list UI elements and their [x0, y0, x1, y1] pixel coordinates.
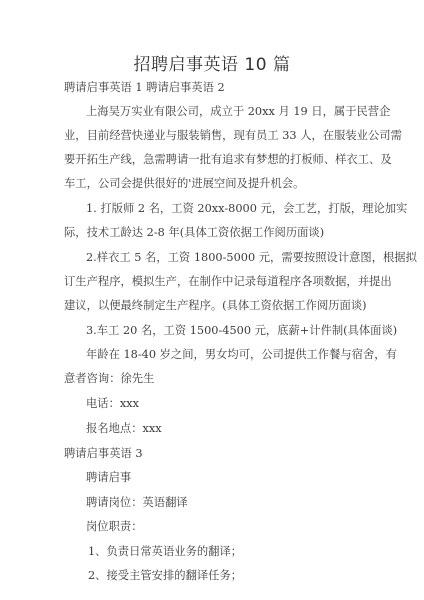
page-title: 招聘启事英语 10 篇	[0, 50, 424, 75]
section-3-subtitle: 聘请启事	[86, 471, 360, 485]
job-item-1-line: 1. 打版师 2 名，工资 20xx-8000 元，会工艺，打版，理论加实	[86, 202, 360, 216]
duty-item: 2、接受主管安排的翻译任务；	[88, 569, 384, 583]
job-item-2-line: 订生产程序，模拟生产，在制作中记录每道程序各项数据，并提出	[64, 275, 360, 289]
location-line: 报名地点：xxx	[86, 422, 360, 436]
intro-paragraph-line: 车工，公司会提供很好的'进展空间及提升机会。	[64, 177, 360, 191]
intro-paragraph-line: 上海吴万实业有限公司，成立于 20xx 月 19 日，属于民营企	[86, 105, 360, 119]
job-item-2-line: 2.样衣工 5 名，工资 1800-5000 元，需要按照设计意图，根据拟	[86, 251, 360, 265]
job-item-1-line: 际，技术工龄达 2-8 年(具体工资依据工作阅历面谈)	[64, 226, 360, 240]
requirements-line: 意者咨询：徐先生	[64, 372, 360, 386]
intro-paragraph-line: 业，目前经营快递业与服装销售，现有员工 33 人，在服装业公司需	[64, 129, 360, 143]
toc-line: 聘请启事英语 1 聘请启事英语 2	[64, 81, 360, 95]
duty-item: 1、负责日常英语业务的翻译；	[88, 545, 384, 559]
section-3-heading: 聘请启事英语 3	[64, 447, 360, 461]
requirements-line: 年龄在 18-40 岁之间，男女均可，公司提供工作餐与宿舍，有	[86, 348, 360, 362]
intro-paragraph-line: 要开拓生产线，急需聘请一批有追求有梦想的打板师、样衣工、及	[64, 153, 360, 167]
job-item-2-line: 建议，以便最终制定生产程序。(具体工资依据工作阅历面谈)	[64, 299, 360, 313]
phone-line: 电话：xxx	[86, 397, 360, 411]
job-item-3-line: 3.车工 20 名，工资 1500-4500 元，底薪+计件制(具体面谈)	[86, 324, 360, 338]
document-page: 招聘启事英语 10 篇 聘请启事英语 1 聘请启事英语 2 上海吴万实业有限公司…	[0, 0, 424, 600]
position-line: 聘请岗位：英语翻译	[86, 496, 360, 510]
duties-label: 岗位职责：	[86, 520, 360, 534]
